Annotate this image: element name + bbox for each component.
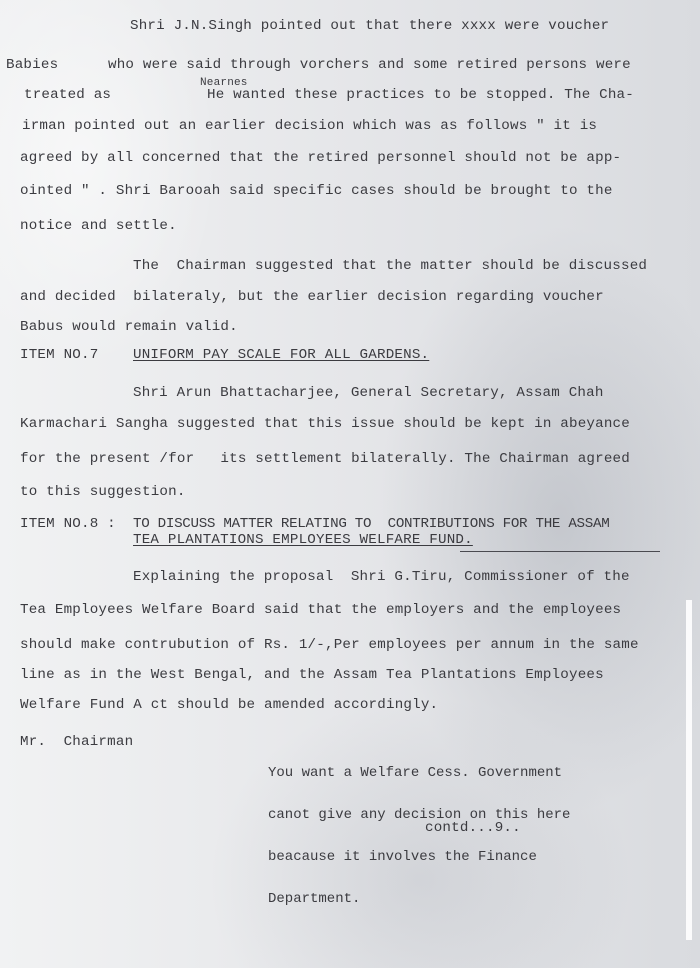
para1-line-7: notice and settle. (20, 218, 177, 234)
item8-title-rule (460, 551, 660, 552)
speech-block: You want a Welfare Cess. Government cano… (268, 738, 570, 920)
item7-line-1: Shri Arun Bhattacharjee, General Secreta… (133, 385, 604, 401)
speaker-label: Mr. Chairman (20, 734, 133, 750)
treated-as-text: treated as (24, 87, 111, 103)
item8-line-3: should make contrubution of Rs. 1/-,Per … (20, 637, 639, 653)
scan-edge-strip (686, 600, 692, 940)
para1-line-5: agreed by all concerned that the retired… (20, 150, 621, 166)
speech-line-3: beacause it involves the Finance (268, 850, 570, 864)
para1-line-3: He wanted these practices to be stopped.… (207, 87, 634, 103)
para2-line-1: The Chairman suggested that the matter s… (133, 258, 647, 274)
item7-line-2: Karmachari Sangha suggested that this is… (20, 416, 630, 432)
item7-label: ITEM NO.7 (20, 347, 98, 363)
item8-title-line-1: TO DISCUSS MATTER RELATING TO CONTRIBUTI… (133, 516, 609, 532)
para2-line-3: Babus would remain valid. (20, 319, 238, 335)
para1-line-6: ointed " . Shri Barooah said specific ca… (20, 183, 613, 199)
para1-line-1: Shri J.N.Singh pointed out that there xx… (130, 18, 609, 34)
item8-line-4: line as in the West Bengal, and the Assa… (20, 667, 604, 683)
margin-word: Babies (6, 57, 58, 73)
item8-label: ITEM NO.8 : (20, 516, 116, 532)
item7-title: UNIFORM PAY SCALE FOR ALL GARDENS. (133, 347, 429, 363)
item7-line-4: to this suggestion. (20, 484, 186, 500)
continuation-marker: contd...9.. (425, 820, 521, 836)
item8-title-line-2: TEA PLANTATIONS EMPLOYEES WELFARE FUND. (133, 532, 473, 548)
item8-line-1: Explaining the proposal Shri G.Tiru, Com… (133, 569, 630, 585)
para1-line-2: who were said through vorchers and some … (108, 57, 631, 73)
para2-line-2: and decided bilateraly, but the earlier … (20, 289, 604, 305)
speech-line-2: canot give any decision on this here (268, 808, 570, 822)
speech-line-4: Department. (268, 892, 570, 906)
speech-line-1: You want a Welfare Cess. Government (268, 766, 570, 780)
item8-line-2: Tea Employees Welfare Board said that th… (20, 602, 621, 618)
item8-line-5: Welfare Fund A ct should be amended acco… (20, 697, 438, 713)
para1-line-4: irman pointed out an earlier decision wh… (22, 118, 597, 134)
item7-line-3: for the present /for its settlement bila… (20, 451, 630, 467)
